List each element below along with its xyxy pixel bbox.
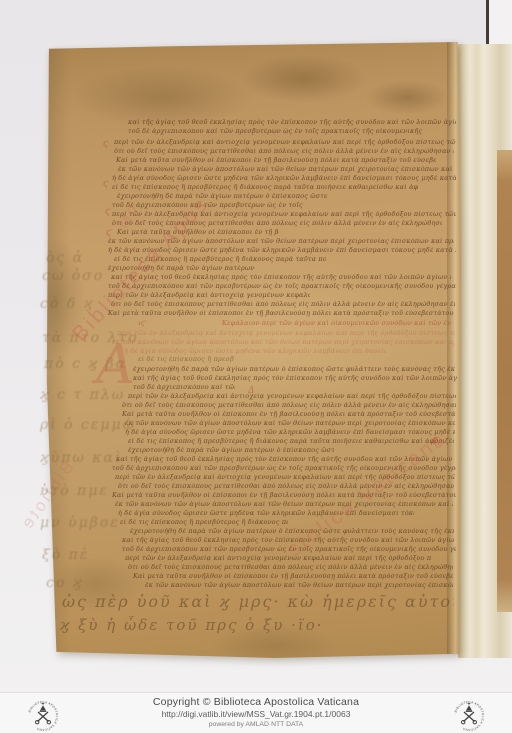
manuscript-parchment xyxy=(46,42,461,658)
manuscript-fold-edge xyxy=(447,42,461,658)
source-url-text: http://digi.vatlib.it/view/MSS_Vat.gr.19… xyxy=(0,709,512,719)
vatican-seal-right-icon: · BIBLIOTECA APOSTOLICA VATICANA · xyxy=(451,698,487,733)
book-board-background xyxy=(489,0,512,45)
manuscript-leaf xyxy=(46,42,461,658)
powered-by-text: powered by AMLAD·NTT DATA xyxy=(0,721,512,728)
vatican-seal-left-icon: · BIBLIOTECA APOSTOLICA VATICANA · xyxy=(25,698,61,733)
footer-text-block: Copyright © Biblioteca Apostolica Vatica… xyxy=(0,696,512,728)
scanned-page-view: καὶ τῆς ἁγίας τοῦ θεοῦ ἐκκλησίας πρὸς τὸ… xyxy=(0,0,512,733)
adjacent-page-strip xyxy=(497,150,512,612)
footer-bar: Copyright © Biblioteca Apostolica Vatica… xyxy=(0,692,512,733)
copyright-text: Copyright © Biblioteca Apostolica Vatica… xyxy=(0,696,512,708)
book-board-edge-line xyxy=(486,0,489,45)
